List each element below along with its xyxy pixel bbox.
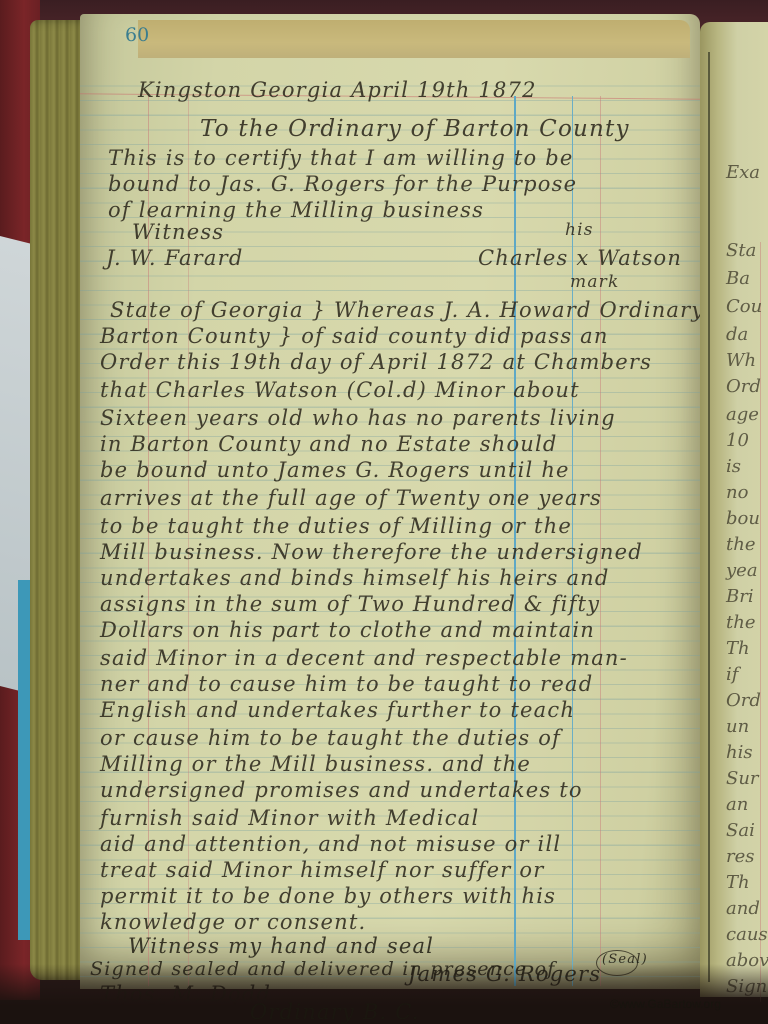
text-line: Milling or the Mill business. and the	[100, 752, 531, 776]
text-line: undersigned promises and undertakes to	[100, 778, 583, 802]
text-line: in Barton County and no Estate should	[100, 432, 558, 456]
facing-text: yea	[726, 560, 758, 581]
text-line: aid and attention, and not misuse or ill	[100, 832, 561, 856]
facing-text: Ord	[726, 690, 761, 711]
facing-text: is	[726, 456, 741, 477]
facing-text: Th	[726, 638, 750, 659]
facing-text: Exa	[726, 162, 760, 183]
facing-text: his	[726, 742, 753, 763]
text-line: his	[565, 220, 594, 240]
facing-text: the	[726, 612, 755, 633]
facing-text: an	[726, 794, 748, 815]
margin-rule	[760, 242, 761, 1002]
facing-text: Sta	[726, 240, 756, 261]
facing-text: res	[726, 846, 755, 867]
text-line: be bound unto James G. Rogers until he	[100, 458, 570, 482]
header-band	[138, 20, 690, 58]
text-line: Witness my hand and seal	[128, 934, 434, 958]
facing-text: Sur	[726, 768, 759, 789]
text-line: said Minor in a decent and respectable m…	[100, 646, 628, 670]
facing-text: Cou	[726, 296, 762, 317]
text-line: Witness	[132, 220, 224, 244]
facing-text: Ord	[726, 376, 761, 397]
header-line: Kingston Georgia April 19th 1872	[138, 78, 537, 102]
text-line: This is to certify that I am willing to …	[108, 146, 574, 170]
text-line: Dollars on his part to clothe and mainta…	[100, 618, 595, 642]
page-number: 60	[125, 24, 149, 46]
text-line: Mill business. Now therefore the undersi…	[100, 540, 643, 564]
facing-text: Ba	[726, 268, 750, 289]
facing-text: Th	[726, 872, 750, 893]
copyright-watermark: ©www.GaBartow.org	[610, 997, 721, 1011]
text-line: Sixteen years old who has no parents liv…	[100, 406, 616, 430]
facing-text: da	[726, 324, 748, 345]
page-gutter	[708, 52, 710, 982]
facing-text: age	[726, 404, 759, 425]
text-line: to be taught the duties of Milling or th…	[100, 514, 572, 538]
text-line: that Charles Watson (Col.d) Minor about	[100, 378, 580, 402]
blue-cover-edge	[18, 580, 30, 940]
text-line: permit it to be done by others with his	[100, 884, 556, 908]
text-line: assigns in the sum of Two Hundred & fift…	[100, 592, 600, 616]
text-line: Order this 19th day of April 1872 at Cha…	[100, 350, 652, 374]
text-line: undertakes and binds himself his heirs a…	[100, 566, 610, 590]
facing-text: caus	[726, 924, 768, 945]
text-line: arrives at the full age of Twenty one ye…	[100, 486, 602, 510]
facing-text: un	[726, 716, 749, 737]
facing-text: bou	[726, 508, 760, 529]
text-line: treat said Minor himself nor suffer or	[100, 858, 544, 882]
text-line: Barton County } of said county did pass …	[100, 324, 609, 348]
mark-signature: Charles x Watson	[478, 246, 682, 270]
text-line: mark	[570, 272, 619, 292]
facing-text: no	[726, 482, 748, 503]
facing-text: Bri	[726, 586, 754, 607]
text-line: bound to Jas. G. Rogers for the Purpose	[108, 172, 577, 196]
facing-text: the	[726, 534, 755, 555]
text-line: of learning the Milling business	[108, 198, 484, 222]
text-line: State of Georgia } Whereas J. A. Howard …	[110, 298, 704, 322]
witness-signature: J. W. Farard	[106, 246, 244, 270]
facing-text: 10	[726, 430, 749, 451]
text-line: English and undertakes further to teach	[100, 698, 575, 722]
facing-text: Wh	[726, 350, 756, 371]
text-line: furnish said Minor with Medical	[100, 806, 479, 830]
facing-text: Sai	[726, 820, 755, 841]
text-line: or cause him to be taught the duties of	[100, 726, 561, 750]
facing-text: if	[726, 664, 738, 685]
text-line: To the Ordinary of Barton County	[200, 116, 630, 142]
text-line: ner and to cause him to be taught to rea…	[100, 672, 593, 696]
text-line: knowledge or consent.	[100, 910, 366, 934]
facing-text: and	[726, 898, 760, 919]
ordinary-title: Ordinary B. C.	[250, 1000, 420, 1024]
